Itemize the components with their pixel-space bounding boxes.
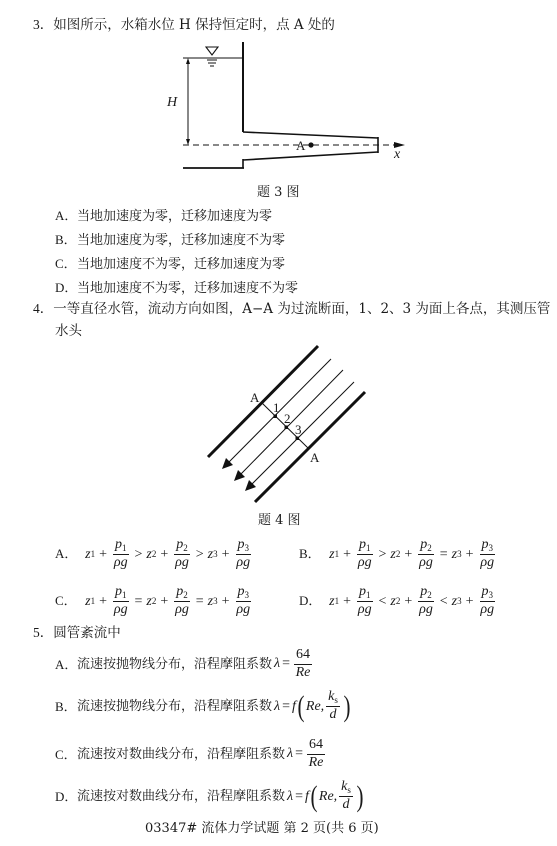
option-label: C． xyxy=(55,594,81,607)
option-expression: z1+p1ρg < z2+p2ρg < z3+p3ρg xyxy=(329,585,497,618)
option-expression: z1+p1ρg > z2+p2ρg = z3+p3ρg xyxy=(329,538,497,571)
option-text: 流速按抛物线分布，沿程摩阻系数 xyxy=(77,658,272,671)
q4-option-d: D． z1+p1ρg < z2+p2ρg < z3+p3ρg xyxy=(299,585,497,618)
q5-option-a: A． 流速按抛物线分布，沿程摩阻系数 λ= 64Re xyxy=(55,648,314,680)
option-label: D． xyxy=(299,594,325,607)
option-label: B． xyxy=(299,547,325,560)
option-expression: z1+p1ρg > z2+p2ρg > z3+p3ρg xyxy=(85,538,253,571)
option-label: D． xyxy=(55,790,77,803)
q4-label-point-2: 2 xyxy=(284,412,291,425)
q4-figure-caption: 题 4 图 xyxy=(258,514,301,527)
option-expression: z1+p1ρg = z2+p2ρg = z3+p3ρg xyxy=(85,585,253,618)
page-footer: 03347# 流体力学试题 第 2 页(共 6 页) xyxy=(145,822,379,835)
q5-option-b: B． 流速按抛物线分布，沿程摩阻系数 λ= f( Re, ksd ) xyxy=(55,690,352,723)
option-text: 流速按对数曲线分布，沿程摩阻系数 xyxy=(77,790,285,803)
q5-option-d: D． 流速按对数曲线分布，沿程摩阻系数 λ= f( Re, ksd ) xyxy=(55,780,365,813)
q5-stem: 5．圆管紊流中 xyxy=(33,626,121,641)
option-formula: λ= 64Re xyxy=(274,648,314,680)
q4-label-point-1: 1 xyxy=(273,401,280,414)
q4-option-a: A． z1+p1ρg > z2+p2ρg > z3+p3ρg xyxy=(55,538,253,571)
option-label: C． xyxy=(55,748,77,761)
option-formula: λ= f( Re, ksd ) xyxy=(274,690,352,723)
q5-number: 5． xyxy=(33,625,53,640)
q5-option-c: C． 流速按对数曲线分布，沿程摩阻系数 λ= 64Re xyxy=(55,738,327,770)
q4-label-section-top: A xyxy=(250,391,259,404)
q4-option-b: B． z1+p1ρg > z2+p2ρg = z3+p3ρg xyxy=(299,538,497,571)
q4-label-point-3: 3 xyxy=(295,423,302,436)
option-text: 流速按对数曲线分布，沿程摩阻系数 xyxy=(77,748,285,761)
option-label: A． xyxy=(55,658,77,671)
option-formula: λ= 64Re xyxy=(287,738,327,770)
option-text: 流速按抛物线分布，沿程摩阻系数 xyxy=(77,700,272,713)
option-formula: λ= f( Re, ksd ) xyxy=(287,780,365,813)
option-label: B． xyxy=(55,700,77,713)
q4-option-c: C． z1+p1ρg = z2+p2ρg = z3+p3ρg xyxy=(55,585,253,618)
option-label: A． xyxy=(55,547,81,560)
q5-stem-text: 圆管紊流中 xyxy=(53,625,121,641)
q4-label-section-bottom: A xyxy=(310,451,319,464)
